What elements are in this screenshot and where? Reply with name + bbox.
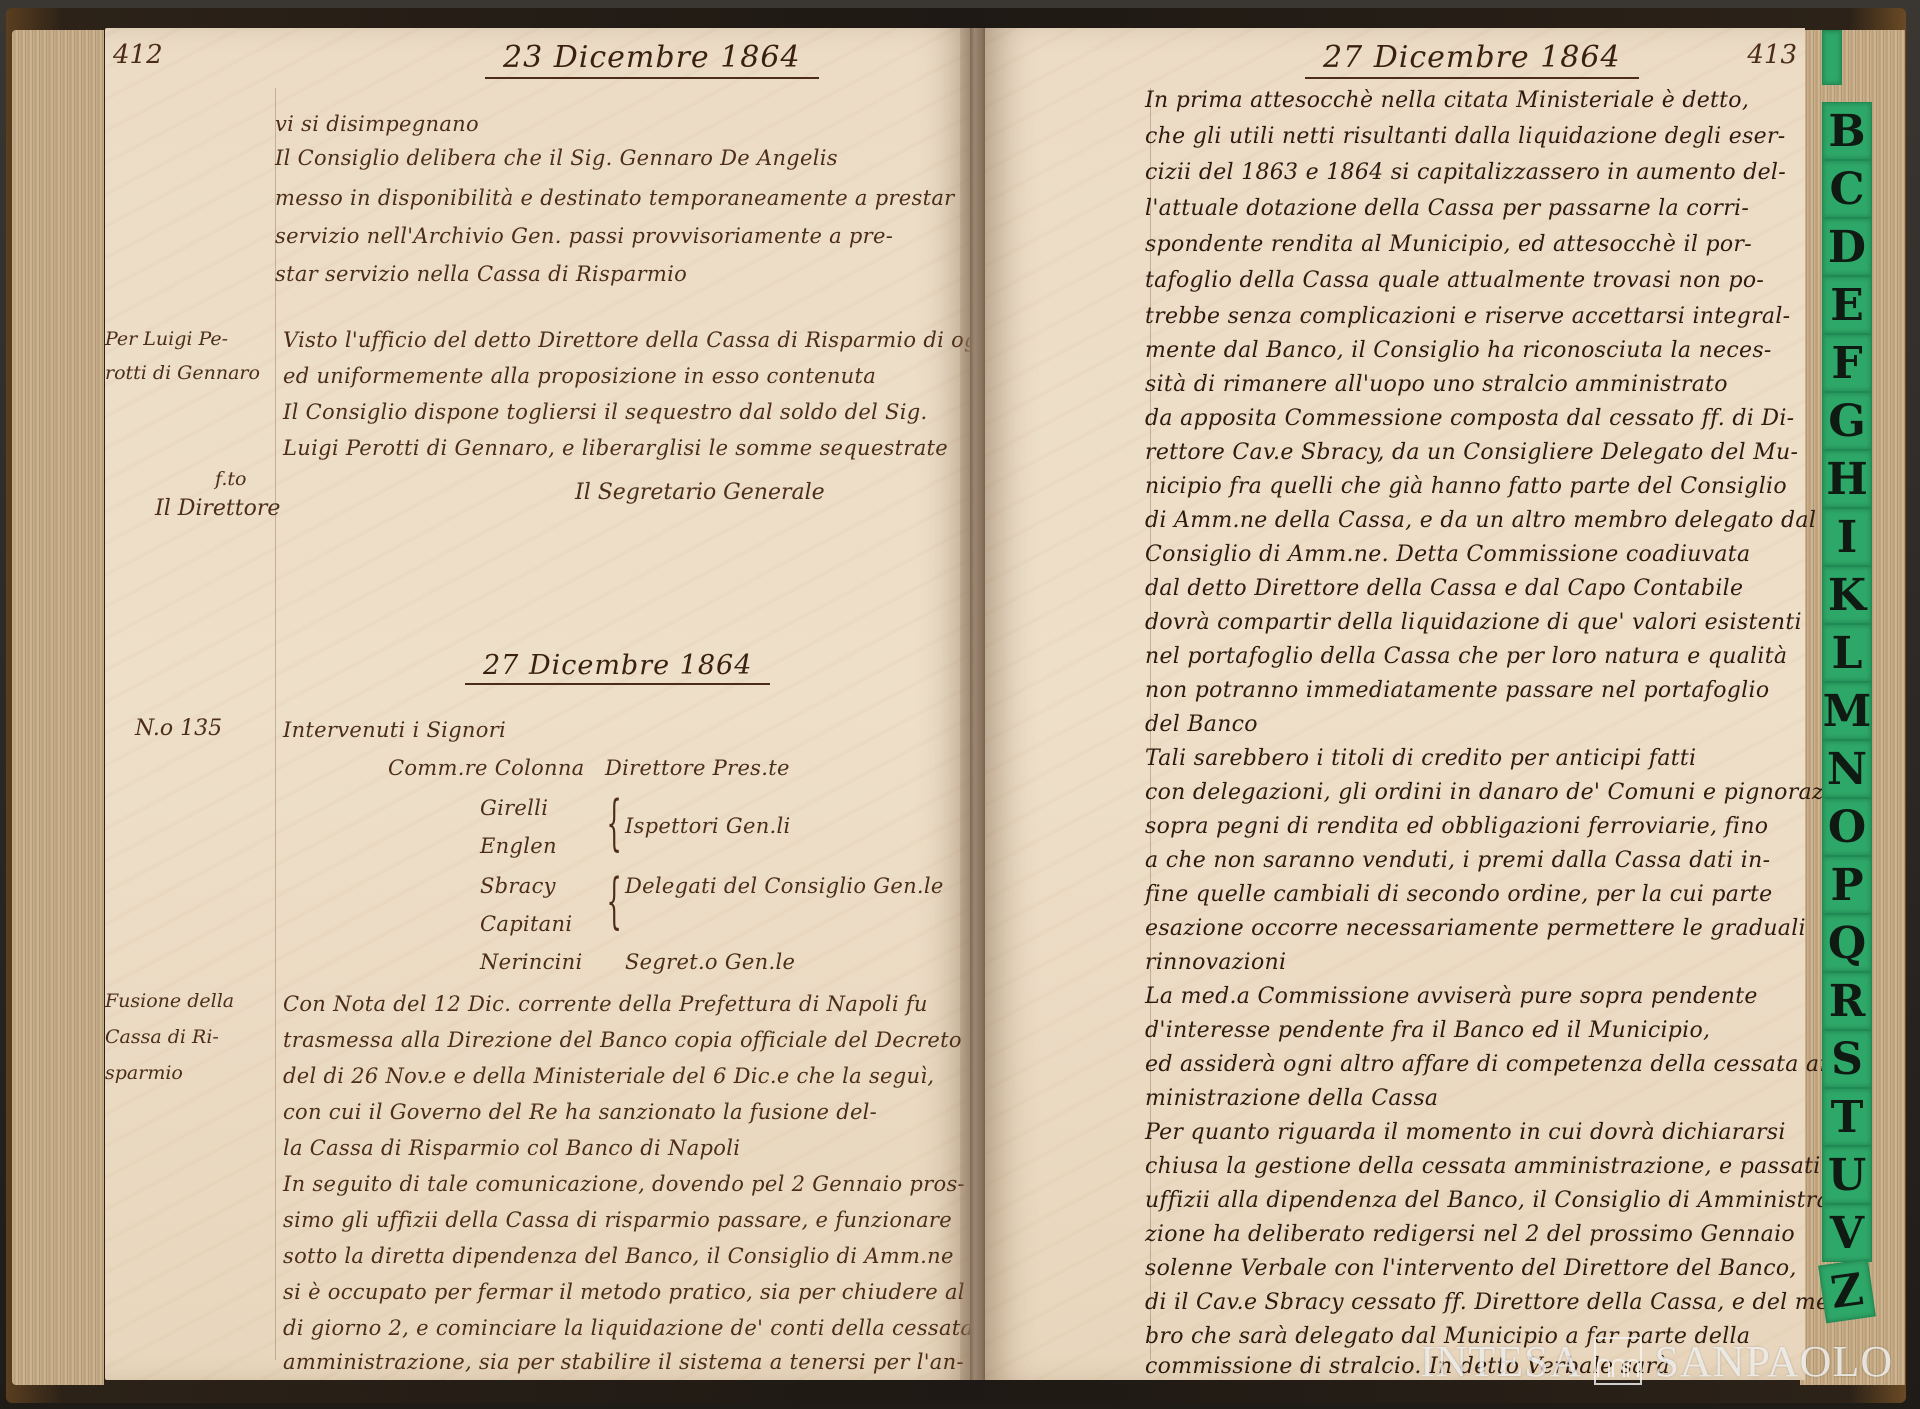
text-line: La med.a Commissione avviserà pure sopra…: [1145, 984, 1758, 1009]
text-line: Consiglio di Amm.ne. Detta Commissione c…: [1145, 542, 1750, 567]
brace-icon: {: [606, 788, 621, 858]
text-line: con delegazioni, gli ordini in danaro de…: [1145, 780, 1867, 805]
text-line: Visto l'ufficio del detto Direttore dell…: [283, 328, 1006, 352]
index-tab-d[interactable]: D: [1822, 218, 1872, 276]
index-tab-r[interactable]: R: [1822, 972, 1872, 1030]
index-tab-k[interactable]: K: [1822, 566, 1872, 624]
text-line: si è occupato per fermar il metodo prati…: [283, 1280, 965, 1304]
text-line: chiusa la gestione della cessata amminis…: [1145, 1154, 1857, 1179]
index-tab-h[interactable]: H: [1822, 450, 1872, 508]
text-line: uffizii alla dipendenza del Banco, il Co…: [1145, 1188, 1838, 1213]
text-line: vi si disimpegnano: [275, 112, 479, 136]
page-number: 412: [113, 40, 163, 70]
margin-note: Per Luigi Pe-: [105, 328, 228, 350]
text-line: Il Consiglio dispone togliersi il seques…: [283, 400, 927, 424]
text-line: servizio nell'Archivio Gen. passi provvi…: [275, 224, 893, 248]
text-line: Per quanto riguarda il momento in cui do…: [1145, 1120, 1786, 1145]
bank-logo-icon: [1594, 1337, 1642, 1385]
index-tab-z[interactable]: Z: [1818, 1259, 1876, 1323]
index-tab-f[interactable]: F: [1822, 334, 1872, 392]
text-line: con cui il Governo del Re ha sanzionato …: [283, 1100, 877, 1124]
text-line: la Cassa di Risparmio col Banco di Napol…: [283, 1136, 740, 1160]
attendee-name: Capitani: [480, 912, 572, 936]
attendee-name: Englen: [480, 834, 557, 858]
text-line: Con Nota del 12 Dic. corrente della Pref…: [283, 992, 928, 1016]
text-line: rettore Cav.e Sbracy, da un Consigliere …: [1145, 440, 1798, 465]
text-line: di il Cav.e Sbracy cessato ff. Direttore…: [1145, 1290, 1858, 1315]
text-line: solenne Verbale con l'intervento del Dir…: [1145, 1256, 1797, 1281]
index-tab-l[interactable]: L: [1822, 624, 1872, 682]
text-line: che gli utili netti risultanti dalla liq…: [1145, 124, 1786, 149]
text-line: a che non saranno venduti, i premi dalla…: [1145, 848, 1770, 873]
text-line: mente dal Banco, il Consiglio ha riconos…: [1145, 338, 1772, 363]
text-line: del di 26 Nov.e e della Ministeriale del…: [283, 1064, 934, 1088]
page-number: 413: [1747, 40, 1797, 70]
index-tab-e[interactable]: E: [1822, 276, 1872, 334]
text-line: amministrazione, sia per stabilire il si…: [283, 1350, 964, 1374]
text-line: tafoglio della Cassa quale attualmente t…: [1145, 268, 1764, 293]
watermark: INTESA SANPAOLO: [1420, 1337, 1893, 1385]
index-tab-s[interactable]: S: [1822, 1030, 1872, 1088]
margin-note: sparmio: [105, 1062, 183, 1084]
watermark-text-sanpaolo: SANPAOLO: [1654, 1336, 1893, 1387]
text-line: rinnovazioni: [1145, 950, 1286, 975]
brace-icon: {: [606, 866, 621, 936]
text-line: sità di rimanere all'uopo uno stralcio a…: [1145, 372, 1728, 397]
text-line: Luigi Perotti di Gennaro, e liberarglisi…: [283, 436, 948, 460]
text-line: nicipio fra quelli che già hanno fatto p…: [1145, 474, 1787, 499]
watermark-text-intesa: INTESA: [1420, 1336, 1582, 1387]
index-tab-b[interactable]: B: [1822, 102, 1872, 160]
text-line: spondente rendita al Municipio, ed attes…: [1145, 232, 1752, 257]
index-tab-n[interactable]: N: [1822, 740, 1872, 798]
signature-secretary: Il Segretario Generale: [575, 480, 825, 505]
text-line: In seguito di tale comunicazione, dovend…: [283, 1172, 965, 1196]
index-tab-g[interactable]: G: [1822, 392, 1872, 450]
second-header-date: 27 Dicembre 1864: [465, 650, 770, 685]
text-line: sotto la diretta dipendenza del Banco, i…: [283, 1244, 954, 1268]
header-date: 27 Dicembre 1864: [1305, 40, 1639, 79]
attendee-name: Sbracy: [480, 874, 556, 898]
text-line: ed assiderà ogni altro affare di compete…: [1145, 1052, 1848, 1077]
header-date: 23 Dicembre 1864: [485, 40, 819, 79]
text-line: nel portafoglio della Cassa che per loro…: [1145, 644, 1787, 669]
index-tab-blank[interactable]: [1822, 30, 1842, 85]
attendee-name: Comm.re Colonna: [388, 756, 585, 780]
left-page: 412 23 Dicembre 1864 vi si disimpegnano …: [105, 28, 970, 1380]
attendee-role: Ispettori Gen.li: [625, 814, 791, 838]
index-tab-o[interactable]: O: [1822, 798, 1872, 856]
attendance-intro: Intervenuti i Signori: [283, 718, 506, 742]
text-line: Tali sarebbero i titoli di credito per a…: [1145, 746, 1696, 771]
index-tab-t[interactable]: T: [1822, 1088, 1872, 1146]
text-line: da apposita Commessione composta dal ces…: [1145, 406, 1794, 431]
text-line: simo gli uffizii della Cassa di risparmi…: [283, 1208, 952, 1232]
left-page-edges: [12, 30, 104, 1385]
text-line: ministrazione della Cassa: [1145, 1086, 1438, 1111]
text-line: Il Consiglio delibera che il Sig. Gennar…: [275, 146, 838, 170]
index-tab-q[interactable]: Q: [1822, 914, 1872, 972]
margin-note: rotti di Gennaro: [105, 362, 260, 384]
text-line: zione ha deliberato redigersi nel 2 del …: [1145, 1222, 1795, 1247]
text-line: messo in disponibilità e destinato tempo…: [275, 186, 955, 210]
signature-director: Il Direttore: [155, 496, 280, 521]
text-line: di Amm.ne della Cassa, e da un altro mem…: [1145, 508, 1816, 533]
text-line: ed uniformemente alla proposizione in es…: [283, 364, 876, 388]
text-line: d'interesse pendente fra il Banco ed il …: [1145, 1018, 1710, 1043]
text-line: In prima attesocchè nella citata Ministe…: [1145, 88, 1749, 113]
text-line: sopra pegni di rendita ed obbligazioni f…: [1145, 814, 1768, 839]
right-page: 413 27 Dicembre 1864 In prima attesocchè…: [985, 28, 1805, 1380]
index-tab-c[interactable]: C: [1822, 160, 1872, 218]
text-line: cizii del 1863 e 1864 si capitalizzasser…: [1145, 160, 1786, 185]
text-line: trebbe senza complicazioni e riserve acc…: [1145, 304, 1790, 329]
signature-initial: f.to: [215, 468, 246, 490]
margin-note: Cassa di Ri-: [105, 1026, 219, 1048]
attendee-role: Delegati del Consiglio Gen.le: [625, 874, 944, 898]
text-line: del Banco: [1145, 712, 1258, 737]
text-line: dal detto Direttore della Cassa e dal Ca…: [1145, 576, 1743, 601]
margin-note: Fusione della: [105, 990, 234, 1012]
attendee-name: Nerincini: [480, 950, 583, 974]
session-number: N.o 135: [135, 716, 222, 741]
alphabet-index-tabs: B C D E F G H I K L M N O P Q R S T U V …: [1822, 30, 1872, 1380]
attendee-name: Girelli: [480, 796, 548, 820]
index-tab-u[interactable]: U: [1822, 1146, 1872, 1204]
text-line: non potranno immediatamente passare nel …: [1145, 678, 1769, 703]
text-line: dovrà compartir della liquidazione di qu…: [1145, 610, 1802, 635]
text-line: di giorno 2, e cominciare la liquidazion…: [283, 1316, 973, 1340]
index-tab-i[interactable]: I: [1822, 508, 1872, 566]
text-line: trasmessa alla Direzione del Banco copia…: [283, 1028, 962, 1052]
text-line: star servizio nella Cassa di Risparmio: [275, 262, 687, 286]
attendee-role: Direttore Pres.te: [605, 756, 790, 780]
text-line: l'attuale dotazione della Cassa per pass…: [1145, 196, 1749, 221]
text-line: fine quelle cambiali di secondo ordine, …: [1145, 882, 1773, 907]
index-tab-m[interactable]: M: [1822, 682, 1872, 740]
index-tab-v[interactable]: V: [1822, 1204, 1872, 1262]
text-line: esazione occorre necessariamente permett…: [1145, 916, 1806, 941]
index-tab-p[interactable]: P: [1822, 856, 1872, 914]
attendee-role: Segret.o Gen.le: [625, 950, 795, 974]
